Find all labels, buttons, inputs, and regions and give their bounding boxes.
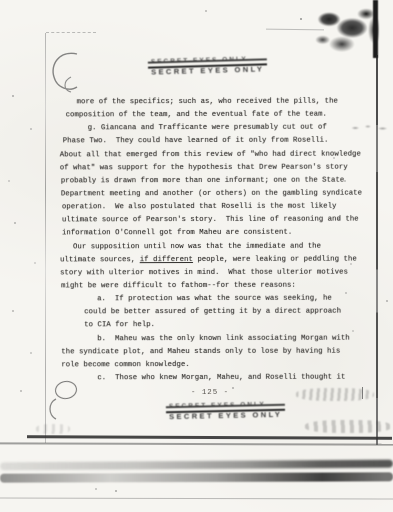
document-line: Phase Two. They could have learned of it… <box>63 135 393 149</box>
margin-smudge-bottom-left <box>36 424 70 434</box>
right-edge-line <box>376 55 378 445</box>
document-line: g. Giancana and Trafficante were presuma… <box>88 122 393 136</box>
margin-smudge-right <box>349 123 391 133</box>
underlined-phrase: if different <box>140 256 193 264</box>
top-edge-line-left <box>46 32 96 33</box>
document-line: b. Maheu was the only known link associa… <box>97 332 393 346</box>
pen-curve-bottom-left <box>45 397 59 426</box>
document-line: to CIA for help. <box>84 319 393 333</box>
document-line: About all that emerged from this review … <box>60 148 393 162</box>
document-line: could be better assured of getting it by… <box>84 306 393 320</box>
document-line: Department meeting and another (or other… <box>61 187 393 201</box>
document-line: more of the specifics; such as, who rece… <box>77 95 393 109</box>
left-edge-line <box>45 33 46 443</box>
document-line: of what" was support for the hypothesis … <box>60 161 393 175</box>
line-segment: people, were leaking or peddling the <box>193 255 357 263</box>
secret-stamp-bottom-line2: SECRET EYES ONLY <box>169 409 282 420</box>
document-line: the syndicate plot, and Maheu stands onl… <box>61 345 393 359</box>
page-number: - 125 - <box>191 389 229 397</box>
scanned-document-page: SECRET EYES ONLY SECRET EYES ONLY more o… <box>0 0 393 512</box>
line-segment: ultimate sources, <box>60 256 140 264</box>
document-line: Our supposition until now was that the i… <box>73 240 393 254</box>
document-line: ultimate source of Pearson's story. This… <box>62 214 393 228</box>
document-line: composition of the team, and the eventua… <box>66 109 393 123</box>
document-line: information O'Connell got from Maheu are… <box>62 227 393 241</box>
document-line: ultimate sources, if different people, w… <box>60 253 393 267</box>
bottom-scan-line-3 <box>0 497 393 499</box>
bottom-scan-line-1 <box>27 435 392 439</box>
top-edge-line-right <box>266 29 324 31</box>
bottom-smudge-streak-2 <box>0 472 393 482</box>
secret-stamp-top-line2: SECRET EYES ONLY <box>151 64 264 76</box>
margin-smudge-below-line <box>305 420 391 433</box>
pen-mark-top-left <box>47 47 85 102</box>
bottom-smudge-streak-1 <box>0 460 393 471</box>
document-line: a. If protection was what the source was… <box>97 293 393 307</box>
pen-tick-bottom-right <box>362 387 363 399</box>
document-line: c. Those who knew Morgan, Maheu, and Ros… <box>97 371 393 385</box>
scan-specks <box>0 0 2 2</box>
document-line: might be were difficult to fathom--for t… <box>61 279 393 293</box>
right-edge-bar <box>373 0 378 58</box>
bottom-scan-line-2 <box>0 442 393 445</box>
document-line: story with ulterior motives in mind. Wha… <box>60 266 393 280</box>
document-line: operation. We also postulated that Rosel… <box>62 201 393 215</box>
document-line: probably is drawn from more than one inf… <box>61 174 393 188</box>
secret-stamp-bottom: SECRET EYES ONLY SECRET EYES ONLY <box>169 401 282 421</box>
ink-blotch-top-right <box>315 2 379 56</box>
document-line: role become common knowledge. <box>61 358 393 372</box>
document-body: more of the specifics; such as, who rece… <box>0 95 393 385</box>
secret-stamp-top: SECRET EYES ONLY SECRET EYES ONLY <box>151 55 265 76</box>
